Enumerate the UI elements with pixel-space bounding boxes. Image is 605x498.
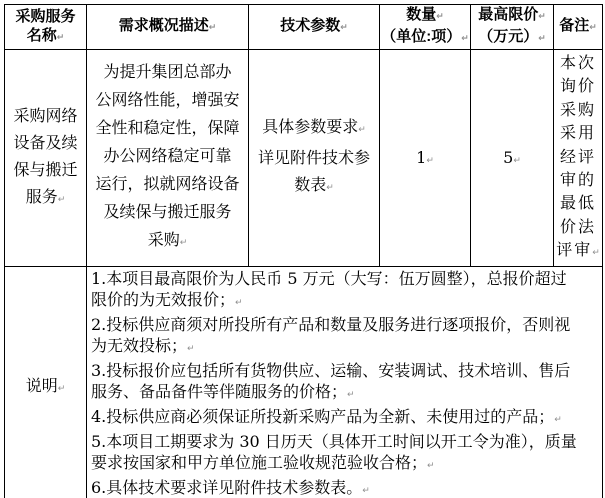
paragraph-mark-icon: ↵ xyxy=(358,125,366,135)
cell-quantity: 1↵ xyxy=(380,50,471,267)
paragraph-mark-icon: ↵ xyxy=(592,248,600,258)
header-cell-remark: 备注↵ xyxy=(554,5,603,50)
header-cell-demand-description: 需求概况描述↵ xyxy=(87,5,249,50)
note-item-4: 4.投标供应商必须保证所投新采购产品为全新、未使用过的产品；↵ xyxy=(91,406,597,431)
paragraph-mark-icon: ↵ xyxy=(538,12,546,22)
cell-max-price: 5↵ xyxy=(471,50,554,267)
header-cell-max-price: 最高限价↵ （万元）↵ xyxy=(471,5,554,50)
paragraph-mark-icon: ↵ xyxy=(461,34,469,44)
paragraph-mark-icon: ↵ xyxy=(57,33,65,43)
note-item-3: 3.投标报价应包括所有货物供应、运输、安装调试、技术培训、售后 服务、备品备件等… xyxy=(91,360,597,406)
paragraph-mark-icon: ↵ xyxy=(427,461,435,471)
note-item-1: 1.本项目最高限价为人民币 5 万元（大写：伍万圆整），总报价超过 限价的为无效… xyxy=(91,268,597,314)
note-item-6: 6.具体技术要求详见附件技术参数表。↵ xyxy=(91,477,597,498)
paragraph-mark-icon: ↵ xyxy=(513,156,521,166)
paragraph-mark-icon: ↵ xyxy=(589,23,597,33)
paragraph-mark-icon: ↵ xyxy=(347,390,355,400)
paragraph-mark-icon: ↵ xyxy=(58,384,66,394)
paragraph-mark-icon: ↵ xyxy=(235,298,243,308)
header-cell-quantity: 数量↵ （单位:项）↵ xyxy=(380,5,471,50)
paragraph-mark-icon: ↵ xyxy=(538,34,546,44)
cell-notes-label: 说明↵ xyxy=(5,266,87,498)
paragraph-mark-icon: ↵ xyxy=(187,344,195,354)
paragraph-mark-icon: ↵ xyxy=(426,156,434,166)
table-header-row: 采购服务 名称↵ 需求概况描述↵ 技术参数↵ 数量↵ （单位:项）↵ 最高限价↵… xyxy=(5,5,603,50)
header-cell-tech-params: 技术参数↵ xyxy=(249,5,380,50)
table-row-procurement-item: 采购网络 设备及续 保与搬迁 服务↵ 为提升集团总部办 公网络性能，增强安 全性… xyxy=(5,50,603,267)
note-item-5: 5.本项目工期要求为 30 日历天（具体开工时间以开工令为准），质量 要求按国家… xyxy=(91,431,597,477)
paragraph-mark-icon: ↵ xyxy=(326,183,334,193)
note-item-2: 2.投标供应商须对所投所有产品和数量及服务进行逐项报价，否则视 为无效投标；↵ xyxy=(91,314,597,360)
cell-tech-params: 具体参数要求↵ 详见附件技术参 数表↵ xyxy=(249,50,380,267)
cell-service-name: 采购网络 设备及续 保与搬迁 服务↵ xyxy=(5,50,87,267)
paragraph-mark-icon: ↵ xyxy=(554,415,562,425)
cell-demand-description: 为提升集团总部办 公网络性能，增强安 全性和稳定性，保障 办公网络稳定可靠 运行… xyxy=(87,50,249,267)
procurement-table: 采购服务 名称↵ 需求概况描述↵ 技术参数↵ 数量↵ （单位:项）↵ 最高限价↵… xyxy=(4,4,603,498)
paragraph-mark-icon: ↵ xyxy=(362,486,370,496)
cell-remark: 本次 询价 采购 采用 经评 审的 最低 价法 评审↵ xyxy=(554,50,603,267)
paragraph-mark-icon: ↵ xyxy=(340,23,348,33)
paragraph-mark-icon: ↵ xyxy=(58,195,66,205)
paragraph-mark-icon: ↵ xyxy=(180,238,188,248)
table-row-notes: 说明↵ 1.本项目最高限价为人民币 5 万元（大写：伍万圆整），总报价超过 限价… xyxy=(5,266,603,498)
paragraph-mark-icon: ↵ xyxy=(209,23,217,33)
header-cell-service-name: 采购服务 名称↵ xyxy=(5,5,87,50)
document-page: 采购服务 名称↵ 需求概况描述↵ 技术参数↵ 数量↵ （单位:项）↵ 最高限价↵… xyxy=(0,0,605,498)
paragraph-mark-icon: ↵ xyxy=(436,12,444,22)
cell-notes-content: 1.本项目最高限价为人民币 5 万元（大写：伍万圆整），总报价超过 限价的为无效… xyxy=(87,266,603,498)
